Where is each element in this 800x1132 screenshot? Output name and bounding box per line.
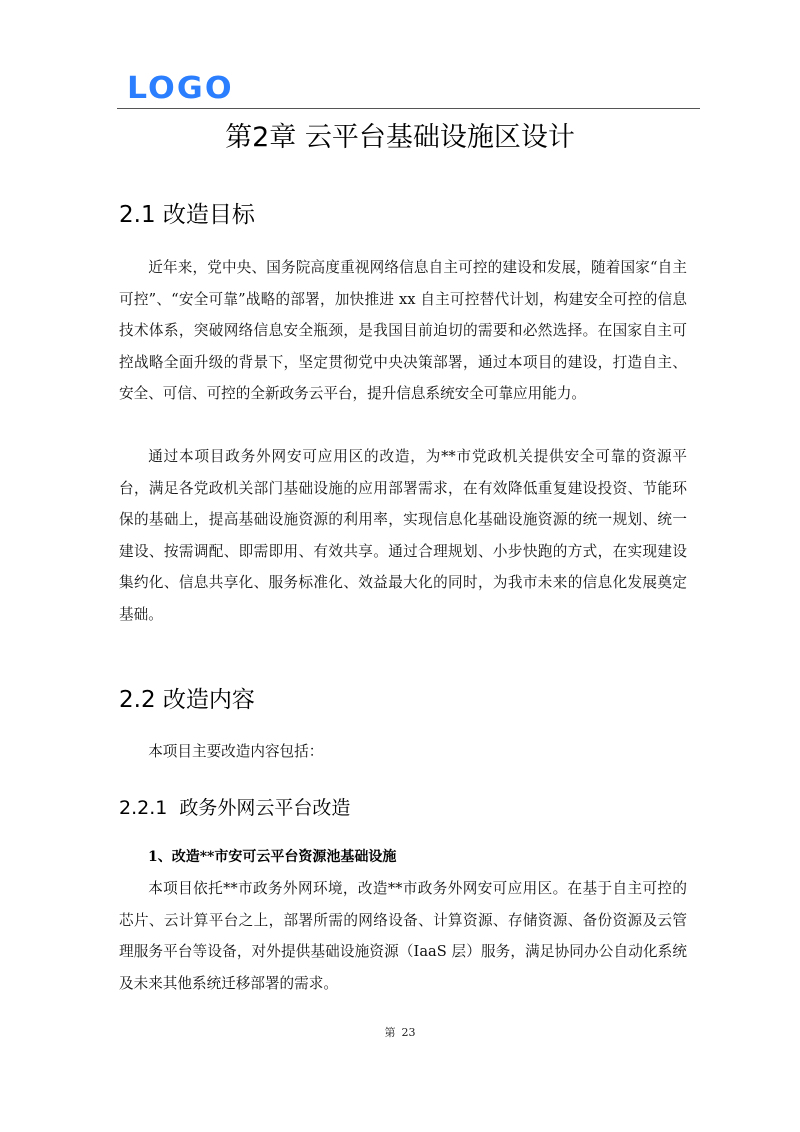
header-divider [117, 108, 700, 109]
paragraph-goal-1: 近年来，党中央、国务院高度重视网络信息自主可控的建设和发展，随着国家“自主可控”… [119, 252, 687, 410]
logo: LOGO [127, 73, 234, 105]
paragraph-goal-2: 通过本项目政务外网安可应用区的改造，为**市党政机关提供安全可靠的资源平台，满足… [119, 441, 687, 630]
chapter-title: 第2章 云平台基础设施区设计 [0, 118, 800, 158]
page-number: 23 [402, 1026, 416, 1039]
page-prefix: 第 [385, 1026, 396, 1039]
page-footer: 第23 [0, 1024, 800, 1040]
paragraph-content-intro: 本项目主要改造内容包括： [119, 736, 687, 768]
subsection-heading-2-2-1: 2.2.1 政务外网云平台改造 [119, 794, 350, 822]
paragraph-item-1: 本项目依托**市政务外网环境，改造**市政务外网安可应用区。在基于自主可控的芯片… [119, 873, 687, 999]
document-page: LOGO 第2章 云平台基础设施区设计 2.1 改造目标 近年来，党中央、国务院… [0, 0, 800, 1132]
section-heading-2-1: 2.1 改造目标 [119, 199, 255, 231]
section-heading-2-2: 2.2 改造内容 [119, 684, 255, 716]
list-item-heading-1: 1、改造**市安可云平台资源池基础设施 [148, 845, 396, 869]
